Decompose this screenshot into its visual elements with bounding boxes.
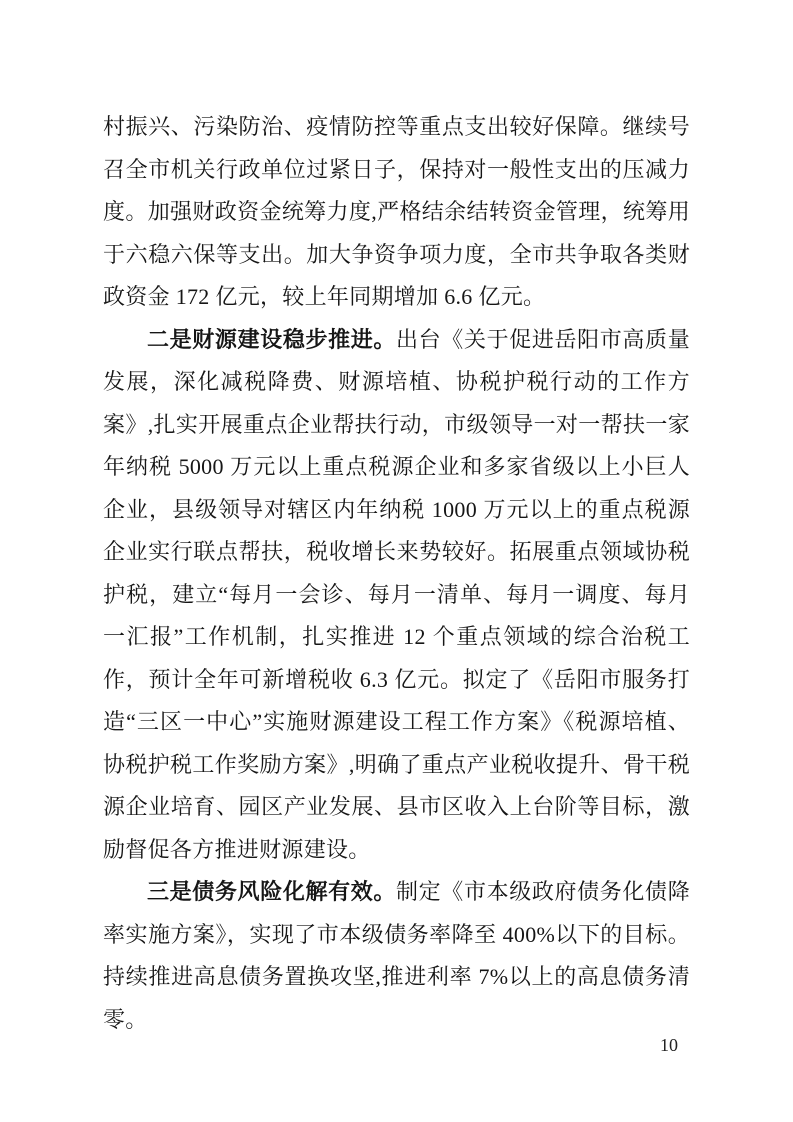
paragraph-continuation: 村振兴、污染防治、疫情防控等重点支出较好保障。继续号召全市机关行政单位过紧日子，… — [103, 106, 690, 319]
paragraph-finance-construction: 二是财源建设稳步推进。出台《关于促进岳阳市高质量发展，深化减税降费、财源培植、协… — [103, 319, 690, 872]
paragraph-lead: 三是债务风险化解有效。 — [147, 879, 396, 904]
paragraph-debt-risk: 三是债务风险化解有效。制定《市本级政府债务化债降率实施方案》，实现了市本级债务率… — [103, 871, 690, 1041]
paragraph-text: 村振兴、污染防治、疫情防控等重点支出较好保障。继续号召全市机关行政单位过紧日子，… — [103, 114, 690, 309]
document-page: 村振兴、污染防治、疫情防控等重点支出较好保障。继续号召全市机关行政单位过紧日子，… — [0, 0, 793, 1122]
paragraph-text: 出台《关于促进岳阳市高质量发展，深化减税降费、财源培植、协税护税行动的工作方案》… — [103, 327, 690, 862]
paragraph-lead: 二是财源建设稳步推进。 — [147, 327, 396, 352]
page-number: 10 — [660, 1034, 678, 1056]
document-body: 村振兴、污染防治、疫情防控等重点支出较好保障。继续号召全市机关行政单位过紧日子，… — [103, 106, 690, 1041]
